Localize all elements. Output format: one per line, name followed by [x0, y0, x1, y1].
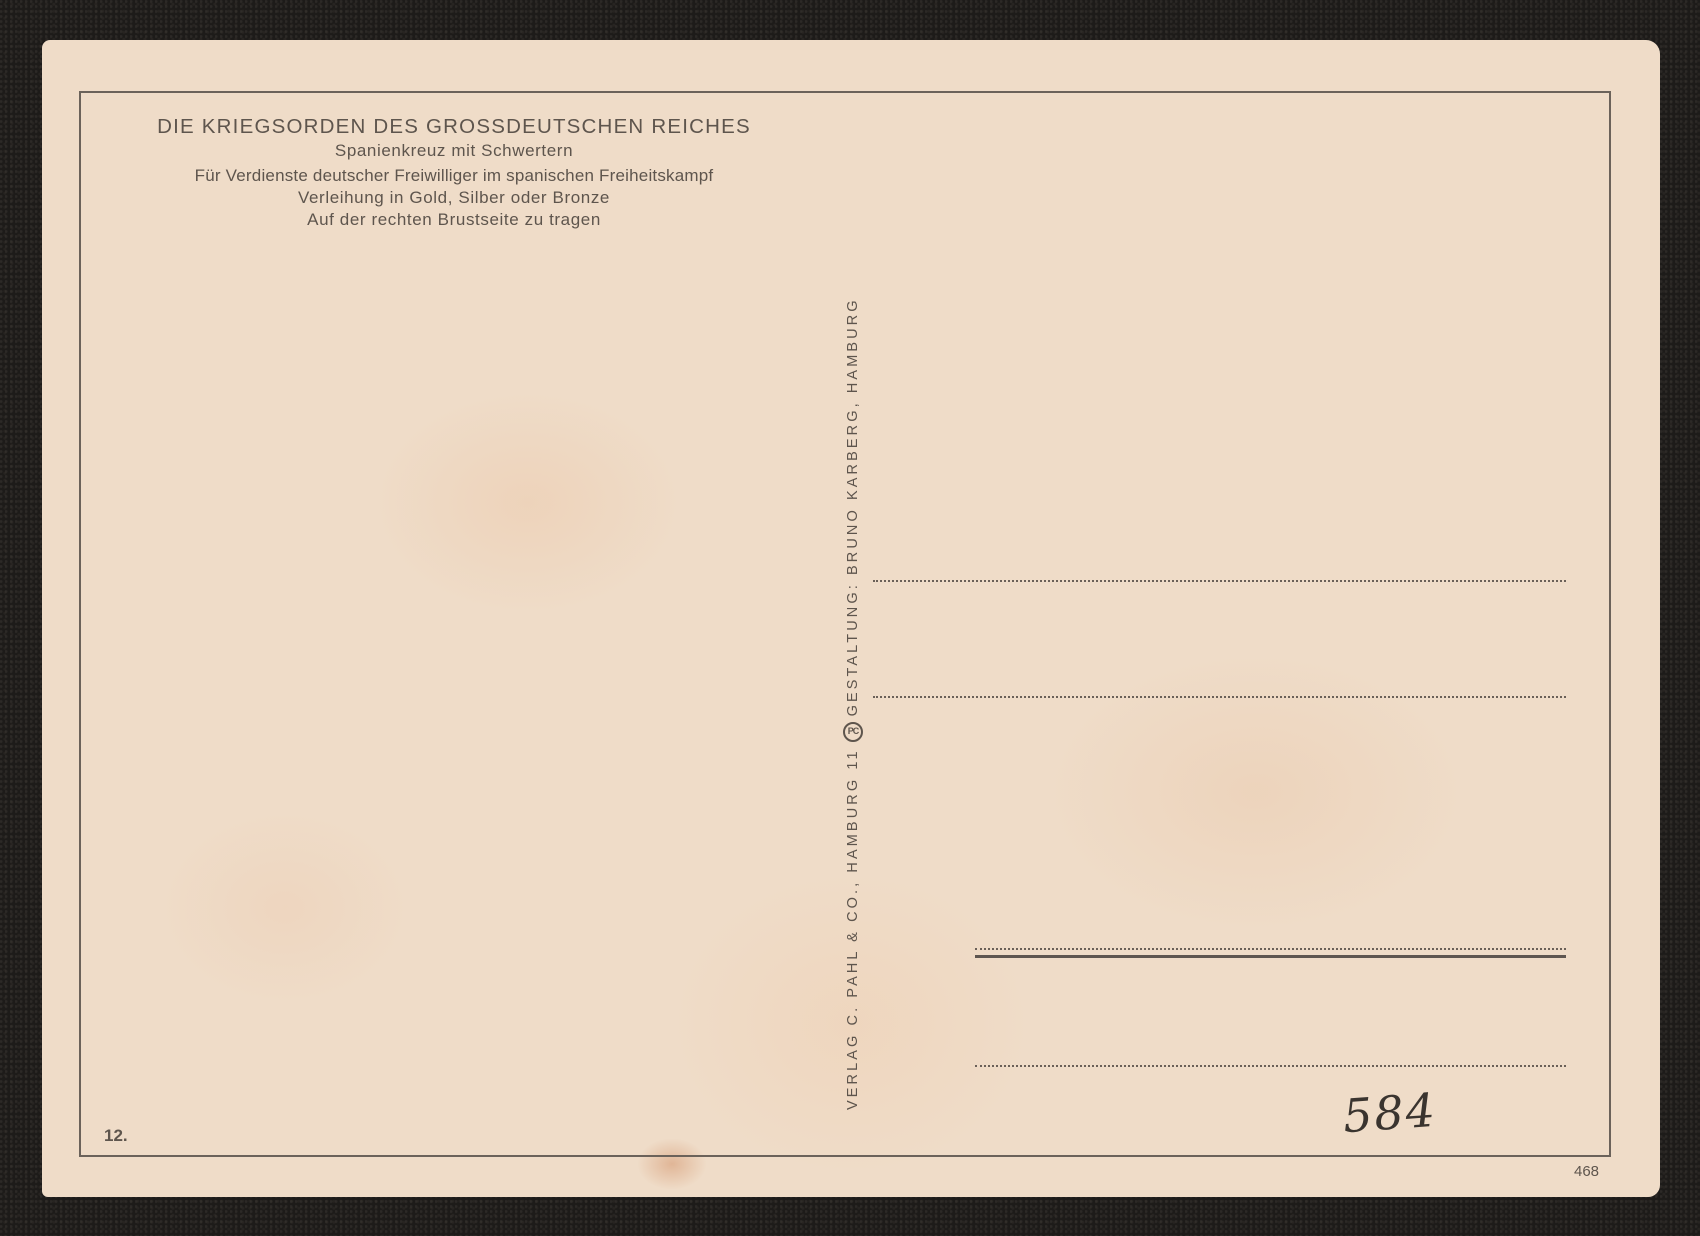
address-line-4: [975, 1065, 1566, 1067]
address-line-solid: [975, 955, 1566, 958]
address-line-1: [873, 580, 1566, 582]
address-line-2: [873, 696, 1566, 698]
vertical-imprint: VERLAG C. PAHL & CO., HAMBURG 11 PC GEST…: [843, 297, 863, 1110]
heading-title: DIE KRIEGSORDEN DES GROSSDEUTSCHEN REICH…: [98, 115, 810, 139]
card-number: 12.: [104, 1126, 128, 1146]
handwritten-note: 584: [1341, 1083, 1438, 1143]
heading-line-purpose: Für Verdienste deutscher Freiwilliger im…: [98, 165, 810, 187]
heading-line-grades: Verleihung in Gold, Silber oder Bronze: [98, 187, 810, 209]
publisher-logo-icon: PC: [843, 722, 863, 742]
heading-line-wearing: Auf der rechten Brustseite zu tragen: [98, 209, 810, 231]
postcard-heading: DIE KRIEGSORDEN DES GROSSDEUTSCHEN REICH…: [98, 115, 810, 231]
heading-subtitle: Spanienkreuz mit Schwertern: [98, 140, 810, 162]
publisher-imprint: VERLAG C. PAHL & CO., HAMBURG 11: [845, 748, 861, 1110]
designer-imprint: GESTALTUNG: BRUNO KARBERG, HAMBURG: [845, 297, 861, 716]
print-number: 468: [1574, 1163, 1599, 1180]
address-line-3: [975, 948, 1566, 950]
